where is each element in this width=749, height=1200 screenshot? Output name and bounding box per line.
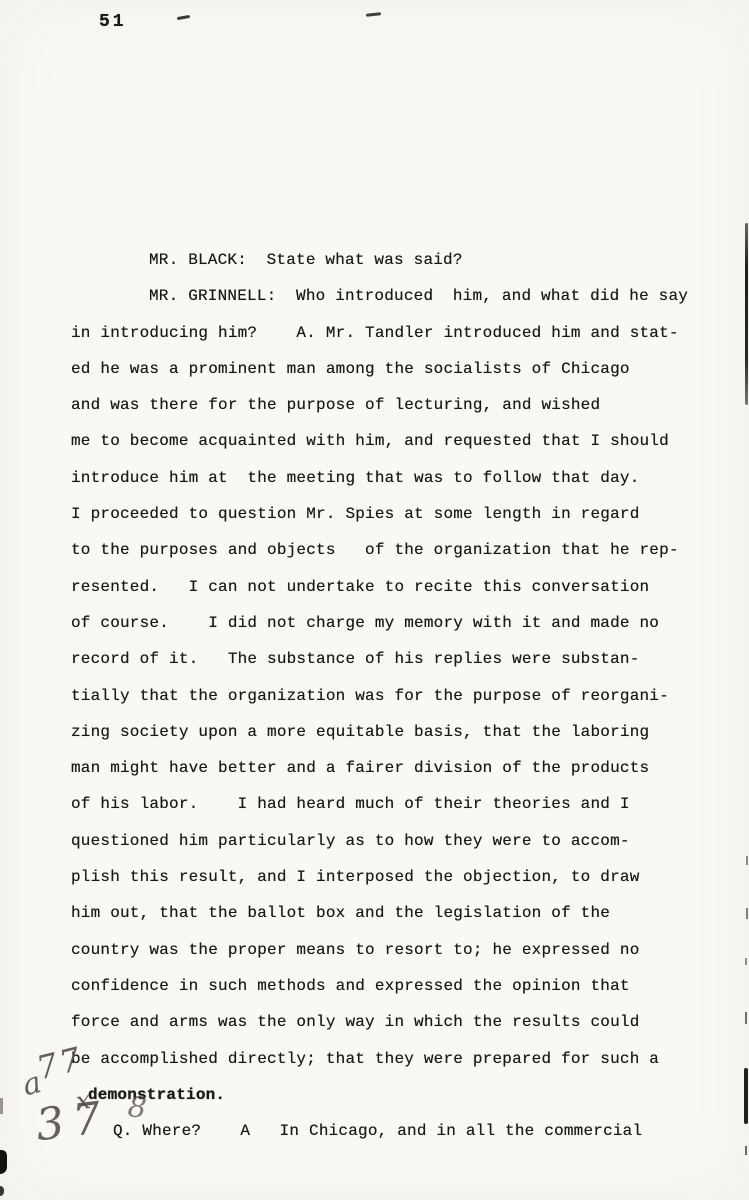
transcript-line: MR. BLACK: State what was said? (71, 242, 741, 278)
transcript-line: be accomplished directly; that they were… (71, 1041, 741, 1077)
scan-artifact-right-dash (746, 908, 748, 919)
transcript-text-block: MR. BLACK: State what was said? MR. GRIN… (71, 242, 741, 1149)
transcript-line: introduce him at the meeting that was to… (71, 460, 741, 496)
transcript-line: of his labor. I had heard much of their … (71, 786, 741, 822)
transcript-line: and was there for the purpose of lecturi… (71, 387, 741, 423)
handwritten-number: 37 (33, 1092, 113, 1152)
transcript-line: force and arms was the only way in which… (71, 1004, 741, 1040)
transcript-line: tially that the organization was for the… (71, 678, 741, 714)
scan-artifact-left-blob (0, 1150, 7, 1174)
page-number: 51 (99, 12, 127, 32)
scan-artifact-right-dash (745, 1146, 747, 1155)
handwritten-number-superscript: 8 (126, 1089, 148, 1125)
scan-artifact-right-dash (746, 856, 748, 865)
pencil-tick-mark (366, 12, 381, 17)
transcript-line: him out, that the ballot box and the leg… (71, 895, 741, 931)
transcript-line: Q. Where? A In Chicago, and in all the c… (71, 1113, 741, 1149)
transcript-line: of course. I did not charge my memory wi… (71, 605, 741, 641)
transcript-line: ed he was a prominent man among the soci… (71, 351, 741, 387)
scan-artifact-right-dash (745, 1012, 747, 1024)
scanned-document-page: 51 MR. BLACK: State what was said? MR. G… (0, 0, 749, 1200)
scan-artifact-right-dash (745, 958, 747, 965)
transcript-line: MR. GRINNELL: Who introduced him, and wh… (71, 278, 741, 314)
scan-artifact-left-tick (0, 1098, 3, 1114)
scan-artifact-right-streak (744, 1068, 748, 1124)
transcript-line: questioned him particularly as to how th… (71, 823, 741, 859)
transcript-line: country was the proper means to resort t… (71, 932, 741, 968)
transcript-line: plish this result, and I interposed the … (71, 859, 741, 895)
scan-artifact-right-streak (745, 223, 748, 405)
transcript-line: confidence in such methods and expressed… (71, 968, 741, 1004)
transcript-line: demonstration. (71, 1077, 741, 1113)
transcript-line: zing society upon a more equitable basis… (71, 714, 741, 750)
transcript-line: man might have better and a fairer divis… (71, 750, 741, 786)
transcript-line: record of it. The substance of his repli… (71, 641, 741, 677)
transcript-line: in introducing him? A. Mr. Tandler intro… (71, 315, 741, 351)
transcript-line: to the purposes and objects of the organ… (71, 532, 741, 568)
pencil-tick-mark (177, 15, 190, 20)
handwritten-digits: 77 (33, 1039, 88, 1087)
scan-artifact-left-blob (0, 1186, 4, 1196)
transcript-line: me to become acquainted with him, and re… (71, 423, 741, 459)
transcript-line: resented. I can not undertake to recite … (71, 569, 741, 605)
transcript-line: I proceeded to question Mr. Spies at som… (71, 496, 741, 532)
